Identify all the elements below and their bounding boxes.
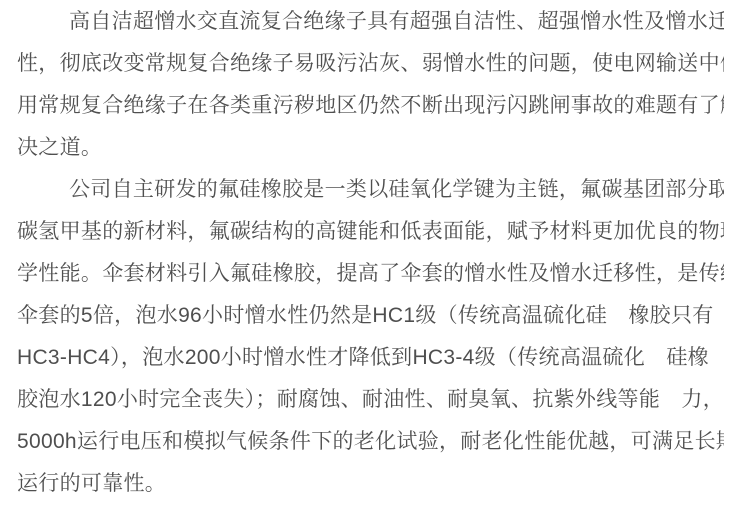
text-line: 胶泡水120小时完全丧失）；耐腐蚀、耐油性、耐臭氧、抗紫外线等能 力，经 [17,379,724,421]
text-line: 运行的可靠性。 [17,463,724,505]
paragraph-intro: 高自洁超憎水交直流复合绝缘子具有超强自洁性、超强憎水性及憎水迁移 性，彻底改变常… [17,1,724,169]
document-page: 高自洁超憎水交直流复合绝缘子具有超强自洁性、超强憎水性及憎水迁移 性，彻底改变常… [0,0,750,510]
text-line: 学性能。伞套材料引入氟硅橡胶，提高了伞套的憎水性及憎水迁移性，是传统 [17,253,724,295]
text-line: 5000h运行电压和模拟气候条件下的老化试验，耐老化性能优越，可满足长期 [17,421,724,463]
text-line: 碳氢甲基的新材料，氟碳结构的高键能和低表面能，赋予材料更加优良的物理化 [17,211,724,253]
text-line: 决之道。 [17,127,724,169]
paragraph-material: 公司自主研发的氟硅橡胶是一类以硅氧化学键为主链，氟碳基团部分取代 碳氢甲基的新材… [17,169,724,505]
text-line: 公司自主研发的氟硅橡胶是一类以硅氧化学键为主链，氟碳基团部分取代 [17,169,724,211]
text-line: 高自洁超憎水交直流复合绝缘子具有超强自洁性、超强憎水性及憎水迁移 [17,1,724,43]
text-line: 性，彻底改变常规复合绝缘子易吸污沾灰、弱憎水性的问题，使电网输送中使 [17,43,724,85]
text-line: 用常规复合绝缘子在各类重污秽地区仍然不断出现污闪跳闸事故的难题有了解 [17,85,724,127]
text-line: 伞套的5倍，泡水96小时憎水性仍然是HC1级（传统高温硫化硅 橡胶只有 [17,295,724,337]
text-line: HC3-HC4），泡水200小时憎水性才降低到HC3-4级（传统高温硫化 硅橡 [17,337,724,379]
